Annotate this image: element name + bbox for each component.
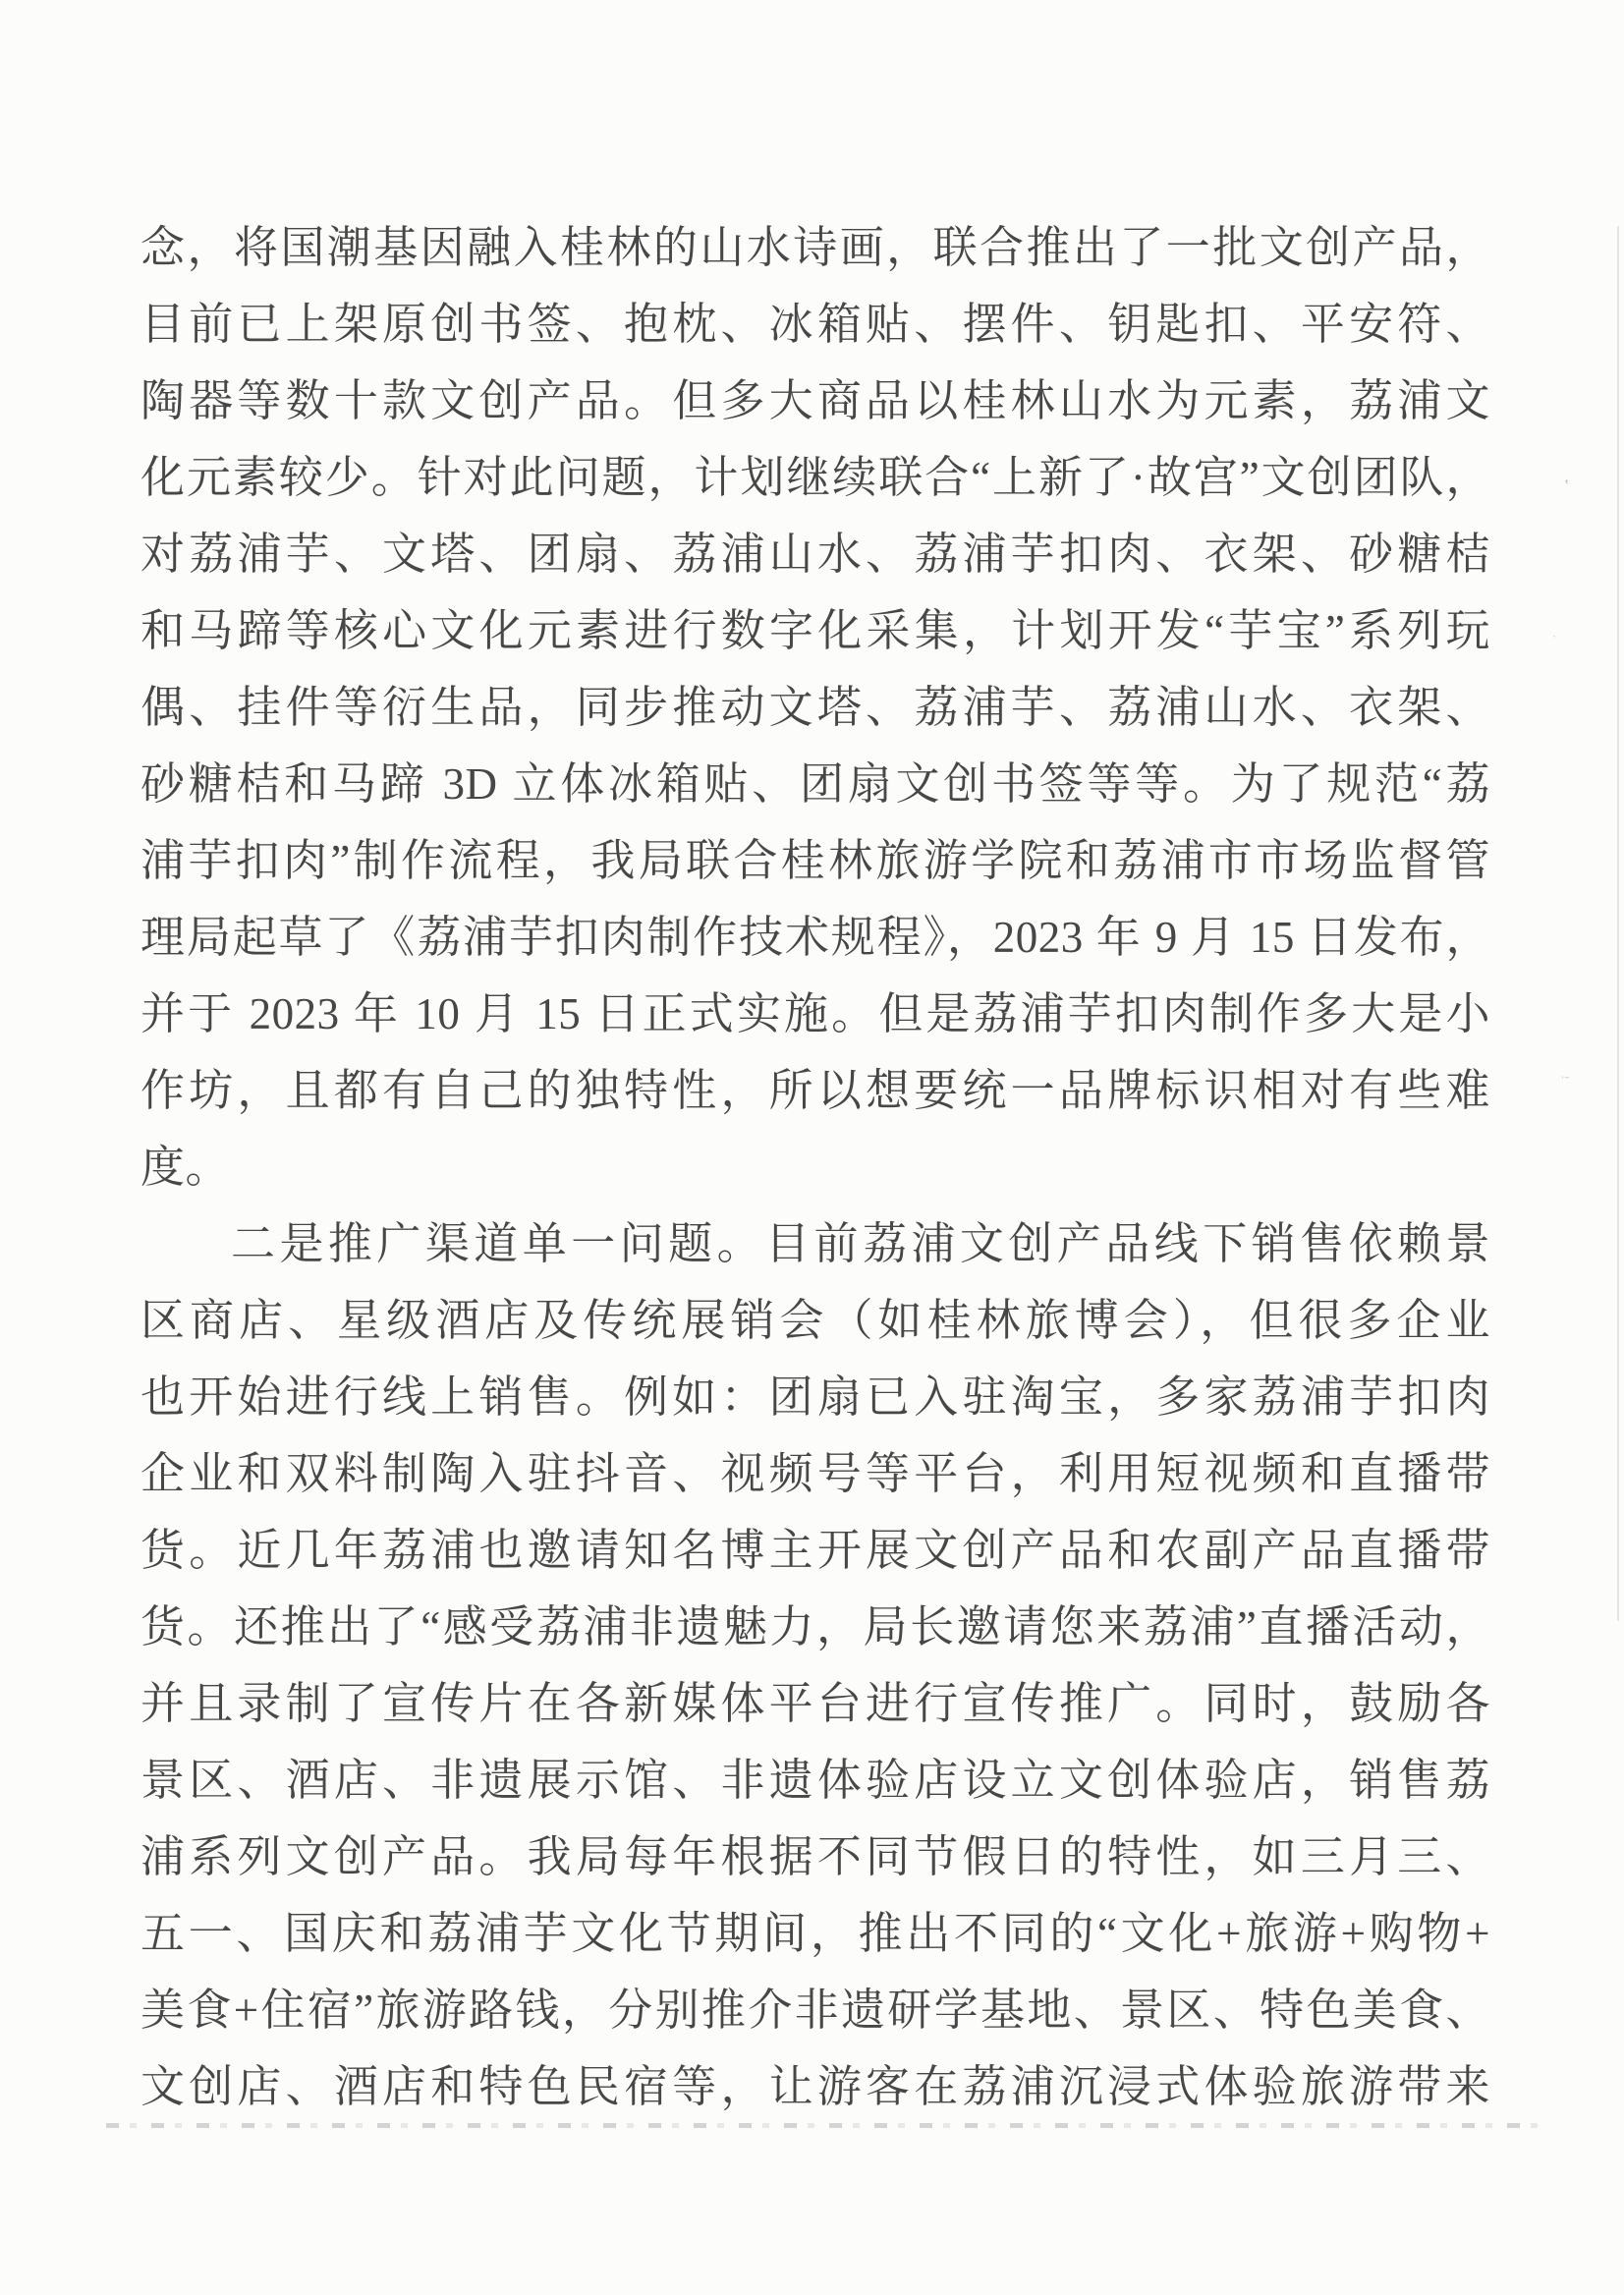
text-line: 区商店、星级酒店及传统展销会（如桂林旅博会），但很多企业 (140, 1282, 1490, 1359)
scan-speck: · (1552, 629, 1556, 644)
text-line: 砂糖桔和马蹄 3D 立体冰箱贴、团扇文创书签等等。为了规范“荔 (140, 746, 1490, 822)
text-line: 并于 2023 年 10 月 15 日正式实施。但是荔浦芋扣肉制作多大是小 (140, 976, 1490, 1052)
scan-noise-dashes (106, 2123, 1550, 2128)
text-line: 货。近几年荔浦也邀请知名博主开展文创产品和农副产品直播带 (140, 1512, 1490, 1589)
text-line: 浦芋扣肉”制作流程，我局联合桂林旅游学院和荔浦市市场监督管 (140, 822, 1490, 899)
text-line: 二是推广渠道单一问题。目前荔浦文创产品线下销售依赖景 (140, 1205, 1490, 1282)
text-line: 陶器等数十款文创产品。但多大商品以桂林山水为元素，荔浦文 (140, 363, 1490, 439)
scan-speck: ˈˉ (1560, 1075, 1569, 1091)
scan-speck: ‛ (1564, 477, 1569, 495)
text-line: 作坊，且都有自己的独特性，所以想要统一品牌标识相对有些难 (140, 1052, 1490, 1129)
paragraph-2: 二是推广渠道单一问题。目前荔浦文创产品线下销售依赖景区商店、星级酒店及传统展销会… (140, 1205, 1490, 2125)
text-line: 美食+住宿”旅游路钱，分别推介非遗研学基地、景区、特色美食、 (140, 1972, 1490, 2048)
text-line: 念，将国潮基因融入桂林的山水诗画，联合推出了一批文创产品， (140, 209, 1490, 286)
document-page: 念，将国潮基因融入桂林的山水诗画，联合推出了一批文创产品，目前已上架原创书签、抱… (0, 0, 1624, 2295)
scan-edge-line (1617, 226, 1619, 1621)
text-line: 浦系列文创产品。我局每年根据不同节假日的特性，如三月三、 (140, 1819, 1490, 1895)
text-line: 也开始进行线上销售。例如：团扇已入驻淘宝，多家荔浦芋扣肉 (140, 1359, 1490, 1435)
paragraph-1: 念，将国潮基因融入桂林的山水诗画，联合推出了一批文创产品，目前已上架原创书签、抱… (140, 209, 1490, 1205)
text-line: 化元素较少。针对此问题，计划继续联合“上新了·故宫”文创团队， (140, 439, 1490, 516)
text-line: 货。还推出了“感受荔浦非遗魅力，局长邀请您来荔浦”直播活动， (140, 1589, 1490, 1665)
body-text: 念，将国潮基因融入桂林的山水诗画，联合推出了一批文创产品，目前已上架原创书签、抱… (140, 209, 1490, 2125)
text-line: 景区、酒店、非遗展示馆、非遗体验店设立文创体验店，销售荔 (140, 1742, 1490, 1819)
text-line: 偶、挂件等衍生品，同步推动文塔、荔浦芋、荔浦山水、衣架、 (140, 669, 1490, 746)
text-line: 五一、国庆和荔浦芋文化节期间，推出不同的“文化+旅游+购物+ (140, 1895, 1490, 1972)
text-line: 企业和双料制陶入驻抖音、视频号等平台，利用短视频和直播带 (140, 1435, 1490, 1512)
text-line: 并且录制了宣传片在各新媒体平台进行宣传推广。同时，鼓励各 (140, 1665, 1490, 1742)
text-line: 理局起草了《荔浦芋扣肉制作技术规程》，2023 年 9 月 15 日发布， (140, 899, 1490, 976)
text-line: 对荔浦芋、文塔、团扇、荔浦山水、荔浦芋扣肉、衣架、砂糖桔 (140, 516, 1490, 592)
text-line: 和马蹄等核心文化元素进行数字化采集，计划开发“芋宝”系列玩 (140, 592, 1490, 669)
text-line: 度。 (140, 1129, 1490, 1205)
text-line: 文创店、酒店和特色民宿等，让游客在荔浦沉浸式体验旅游带来 (140, 2048, 1490, 2125)
text-line: 目前已上架原创书签、抱枕、冰箱贴、摆件、钥匙扣、平安符、 (140, 286, 1490, 363)
